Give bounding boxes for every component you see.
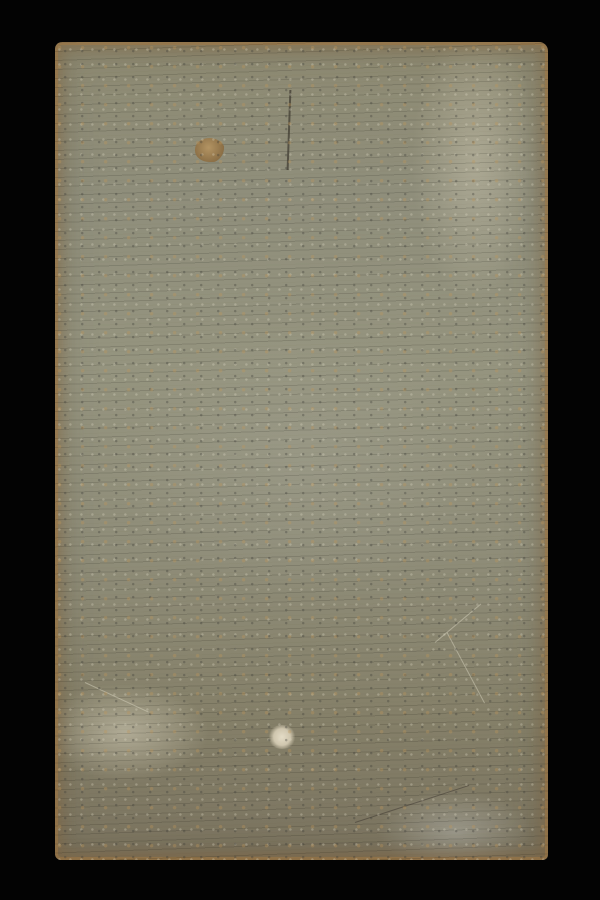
surface-scratch <box>355 785 469 823</box>
surface-scratch <box>435 604 482 643</box>
surface-scratch <box>447 632 485 703</box>
light-pit-spot <box>268 725 296 749</box>
photo-scene <box>0 0 600 900</box>
surface-scratch <box>85 682 149 712</box>
surface-crack <box>287 90 292 170</box>
brown-lump <box>195 138 225 162</box>
stone-amulet-tablet <box>55 42 548 860</box>
